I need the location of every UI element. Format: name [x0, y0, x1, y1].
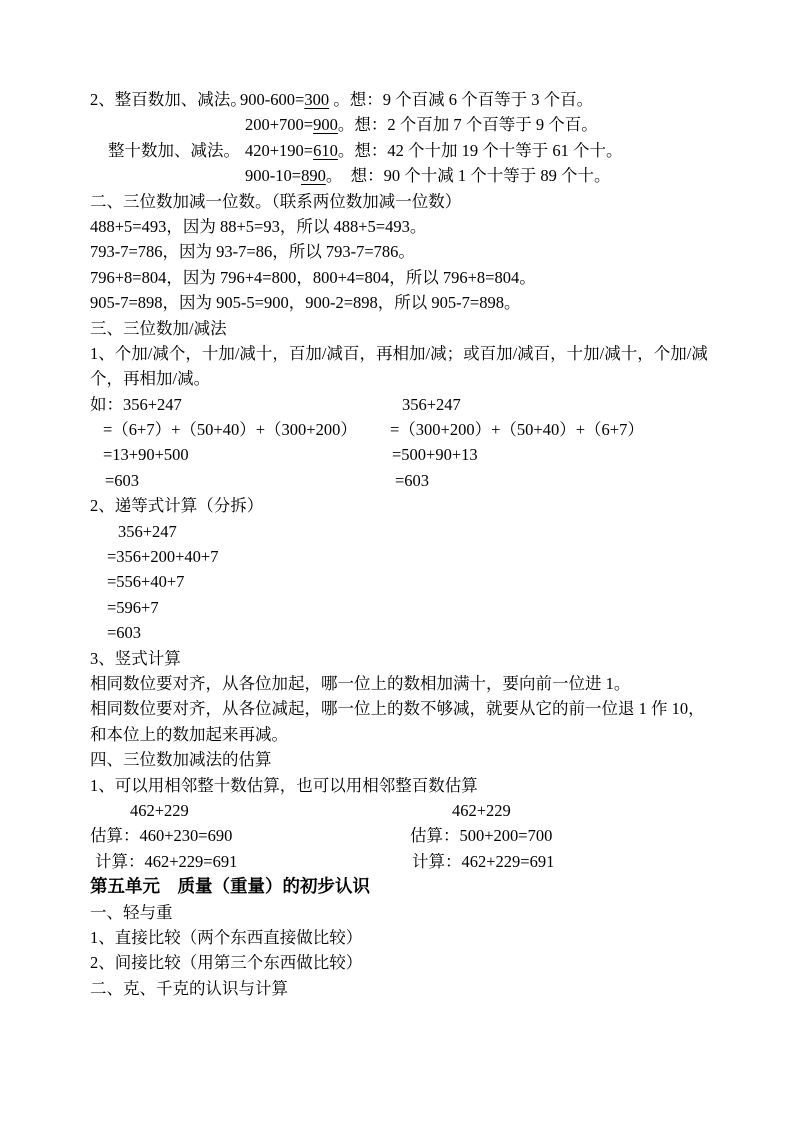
text-chunk: 估算：500+200=700 [410, 823, 552, 848]
document-line: =603=603 [90, 468, 720, 493]
document-line: 796+8=804，因为 796+4=800，800+4=804，所以 796+… [90, 265, 720, 290]
text-chunk: =603 [395, 468, 429, 493]
document-line: 如：356+247356+247 [90, 392, 720, 417]
text-segment: =603 [107, 623, 141, 642]
text-segment: 1、可以用相邻整十数估算，也可以用相邻整百数估算 [90, 776, 478, 795]
text-segment: 793-7=786，因为 93-7=86，所以 793-7=786。 [90, 242, 415, 261]
text-chunk: 796+8=804，因为 796+4=800，800+4=804，所以 796+… [90, 265, 536, 290]
text-chunk: =356+200+40+7 [107, 544, 218, 569]
text-segment: 二、三位数加减一位数。（联系两位数加减一位数） [90, 192, 461, 211]
document-line: 三、三位数加/减法 [90, 316, 720, 341]
text-segment: 3、竖式计算 [90, 649, 181, 668]
text-chunk: 900-600=300 。想：9 个百减 6 个百等于 3 个百。 [240, 87, 593, 112]
document-line: =356+200+40+7 [90, 544, 720, 569]
text-chunk: 356+247 [402, 392, 461, 417]
text-segment: 488+5=493，因为 88+5=93，所以 488+5=493。 [90, 217, 426, 236]
text-chunk: 个，再相加/减。 [90, 366, 210, 391]
text-segment: =596+7 [107, 598, 159, 617]
text-segment: 一、轻与重 [90, 903, 173, 922]
document-line: 488+5=493，因为 88+5=93，所以 488+5=493。 [90, 214, 720, 239]
text-segment: 1、个加/减个，十加/减十，百加/减百，再相加/减；或百加/减百，十加/减十，个… [90, 344, 708, 363]
document-line: 整十数加、减法。420+190=610。想：42 个十加 19 个十等于 61 … [90, 138, 720, 163]
text-segment: 1、直接比较（两个东西直接做比较） [90, 928, 362, 947]
text-segment: 356+247 [118, 522, 177, 541]
text-segment: 2、整百数加、减法。 [90, 90, 247, 109]
text-segment: =13+90+500 [103, 445, 189, 464]
text-chunk: =603 [107, 620, 141, 645]
document-line: 462+229462+229 [90, 798, 720, 823]
text-chunk: 四、三位数加减法的估算 [90, 747, 272, 772]
document-line: 900-10=890。 想：90 个十减 1 个十等于 89 个十。 [90, 163, 720, 188]
document-line: 相同数位要对齐，从各位加起，哪一位上的数相加满十，要向前一位进 1。 [90, 671, 720, 696]
document-line: 四、三位数加减法的估算 [90, 747, 720, 772]
document-line: 个，再相加/减。 [90, 366, 720, 391]
text-segment: 356+247 [402, 395, 461, 414]
text-chunk: =500+90+13 [392, 442, 478, 467]
text-segment: 计算：462+229=691 [412, 852, 554, 871]
document-line: 二、三位数加减一位数。（联系两位数加减一位数） [90, 189, 720, 214]
document-line: 相同数位要对齐，从各位减起，哪一位上的数不够减，就要从它的前一位退 1 作 10… [90, 696, 720, 721]
text-segment: =556+40+7 [107, 572, 184, 591]
text-chunk: 第五单元 质量（重量）的初步认识 [90, 874, 370, 899]
underlined-answer: 900 [313, 115, 338, 134]
document-line: 200+700=900。想：2 个百加 7 个百等于 9 个百。 [90, 112, 720, 137]
text-chunk: =（6+7）+（50+40）+（300+200） [103, 417, 357, 442]
text-chunk: =556+40+7 [107, 569, 184, 594]
text-segment: 四、三位数加减法的估算 [90, 750, 272, 769]
text-chunk: =596+7 [107, 595, 159, 620]
text-chunk: 1、个加/减个，十加/减十，百加/减百，再相加/减；或百加/减百，十加/减十，个… [90, 341, 708, 366]
document-line: 793-7=786，因为 93-7=86，所以 793-7=786。 [90, 239, 720, 264]
text-chunk: 200+700=900。想：2 个百加 7 个百等于 9 个百。 [245, 112, 598, 137]
text-chunk: 和本位上的数加起来再减。 [90, 722, 288, 747]
text-segment: 相同数位要对齐，从各位加起，哪一位上的数相加满十，要向前一位进 1。 [90, 674, 630, 693]
text-chunk: 计算：462+229=691 [412, 849, 554, 874]
text-segment: 905-7=898，因为 905-5=900，900-2=898，所以 905-… [90, 293, 520, 312]
text-chunk: 2、递等式计算（分拆） [90, 493, 263, 518]
text-chunk: 356+247 [118, 519, 177, 544]
text-chunk: 二、克、千克的认识与计算 [90, 976, 288, 1001]
document-line: =（6+7）+（50+40）+（300+200）=（300+200）+（50+4… [90, 417, 720, 442]
text-segment: 900-10= [245, 166, 301, 185]
document-line: 3、竖式计算 [90, 646, 720, 671]
text-segment: =（300+200）+（50+40）+（6+7） [390, 420, 644, 439]
text-chunk: =603 [105, 468, 139, 493]
text-segment: 和本位上的数加起来再减。 [90, 725, 288, 744]
document-line: =556+40+7 [90, 569, 720, 594]
text-chunk: 相同数位要对齐，从各位加起，哪一位上的数相加满十，要向前一位进 1。 [90, 671, 630, 696]
document-line: =603 [90, 620, 720, 645]
document-line: 2、间接比较（用第三个东西做比较） [90, 950, 720, 975]
document-line: 2、整百数加、减法。900-600=300 。想：9 个百减 6 个百等于 3 … [90, 87, 720, 112]
text-chunk: 793-7=786，因为 93-7=86，所以 793-7=786。 [90, 239, 415, 264]
text-segment: 462+229 [452, 801, 511, 820]
document-line: 356+247 [90, 519, 720, 544]
text-segment: 。想：2 个百加 7 个百等于 9 个百。 [338, 115, 598, 134]
document-line: 第五单元 质量（重量）的初步认识 [90, 874, 720, 899]
section-heading: 第五单元 质量（重量）的初步认识 [90, 876, 370, 896]
text-segment: 。 想：90 个十减 1 个十等于 89 个十。 [326, 166, 611, 185]
text-chunk: 一、轻与重 [90, 900, 173, 925]
document-line: 1、个加/减个，十加/减十，百加/减百，再相加/减；或百加/减百，十加/减十，个… [90, 341, 720, 366]
document-line: 2、递等式计算（分拆） [90, 493, 720, 518]
underlined-answer: 890 [301, 166, 326, 185]
text-segment: 如：356+247 [90, 395, 182, 414]
text-chunk: 估算：460+230=690 [90, 823, 232, 848]
underlined-answer: 300 [304, 90, 329, 109]
document-line: =596+7 [90, 595, 720, 620]
text-chunk: 计算：462+229=691 [95, 849, 237, 874]
text-chunk: =13+90+500 [103, 442, 189, 467]
text-segment: 2、递等式计算（分拆） [90, 496, 263, 515]
text-chunk: 二、三位数加减一位数。（联系两位数加减一位数） [90, 189, 461, 214]
text-chunk: 462+229 [452, 798, 511, 823]
text-segment: 200+700= [245, 115, 313, 134]
text-chunk: 1、可以用相邻整十数估算，也可以用相邻整百数估算 [90, 773, 478, 798]
text-segment: 420+190= [245, 141, 313, 160]
text-chunk: 3、竖式计算 [90, 646, 181, 671]
text-chunk: 900-10=890。 想：90 个十减 1 个十等于 89 个十。 [245, 163, 610, 188]
text-chunk: 2、整百数加、减法。 [90, 87, 247, 112]
text-segment: 相同数位要对齐，从各位减起，哪一位上的数不够减，就要从它的前一位退 1 作 10… [90, 699, 705, 718]
document-page: 2、整百数加、减法。900-600=300 。想：9 个百减 6 个百等于 3 … [0, 0, 793, 1122]
text-chunk: 整十数加、减法。 [108, 138, 240, 163]
text-segment: 个，再相加/减。 [90, 369, 210, 388]
document-line: 估算：460+230=690估算：500+200=700 [90, 823, 720, 848]
document-line: 一、轻与重 [90, 900, 720, 925]
underlined-answer: 610 [313, 141, 338, 160]
text-chunk: 相同数位要对齐，从各位减起，哪一位上的数不够减，就要从它的前一位退 1 作 10… [90, 696, 705, 721]
document-text: 2、整百数加、减法。900-600=300 。想：9 个百减 6 个百等于 3 … [90, 87, 720, 1001]
text-segment: =500+90+13 [392, 445, 478, 464]
text-segment: 。想：9 个百减 6 个百等于 3 个百。 [329, 90, 593, 109]
text-segment: 。想：42 个十加 19 个十等于 61 个十。 [338, 141, 623, 160]
document-line: 计算：462+229=691计算：462+229=691 [90, 849, 720, 874]
document-line: 二、克、千克的认识与计算 [90, 976, 720, 1001]
text-segment: 整十数加、减法。 [108, 141, 240, 160]
text-segment: 三、三位数加/减法 [90, 319, 227, 338]
text-chunk: 462+229 [130, 798, 189, 823]
text-chunk: 420+190=610。想：42 个十加 19 个十等于 61 个十。 [245, 138, 623, 163]
document-line: 905-7=898，因为 905-5=900，900-2=898，所以 905-… [90, 290, 720, 315]
text-chunk: 905-7=898，因为 905-5=900，900-2=898，所以 905-… [90, 290, 520, 315]
text-chunk: 如：356+247 [90, 392, 182, 417]
text-segment: 计算：462+229=691 [95, 852, 237, 871]
text-segment: 估算：460+230=690 [90, 826, 232, 845]
document-line: 和本位上的数加起来再减。 [90, 722, 720, 747]
text-segment: =（6+7）+（50+40）+（300+200） [103, 420, 357, 439]
text-chunk: 2、间接比较（用第三个东西做比较） [90, 950, 362, 975]
text-chunk: 三、三位数加/减法 [90, 316, 227, 341]
text-segment: =356+200+40+7 [107, 547, 218, 566]
text-chunk: =（300+200）+（50+40）+（6+7） [390, 417, 644, 442]
text-segment: =603 [395, 471, 429, 490]
document-line: 1、可以用相邻整十数估算，也可以用相邻整百数估算 [90, 773, 720, 798]
document-line: =13+90+500=500+90+13 [90, 442, 720, 467]
text-segment: 462+229 [130, 801, 189, 820]
text-segment: 900-600= [240, 90, 304, 109]
text-chunk: 1、直接比较（两个东西直接做比较） [90, 925, 362, 950]
text-segment: 796+8=804，因为 796+4=800，800+4=804，所以 796+… [90, 268, 536, 287]
text-segment: =603 [105, 471, 139, 490]
text-segment: 估算：500+200=700 [410, 826, 552, 845]
text-segment: 2、间接比较（用第三个东西做比较） [90, 953, 362, 972]
text-chunk: 488+5=493，因为 88+5=93，所以 488+5=493。 [90, 214, 426, 239]
document-line: 1、直接比较（两个东西直接做比较） [90, 925, 720, 950]
text-segment: 二、克、千克的认识与计算 [90, 979, 288, 998]
